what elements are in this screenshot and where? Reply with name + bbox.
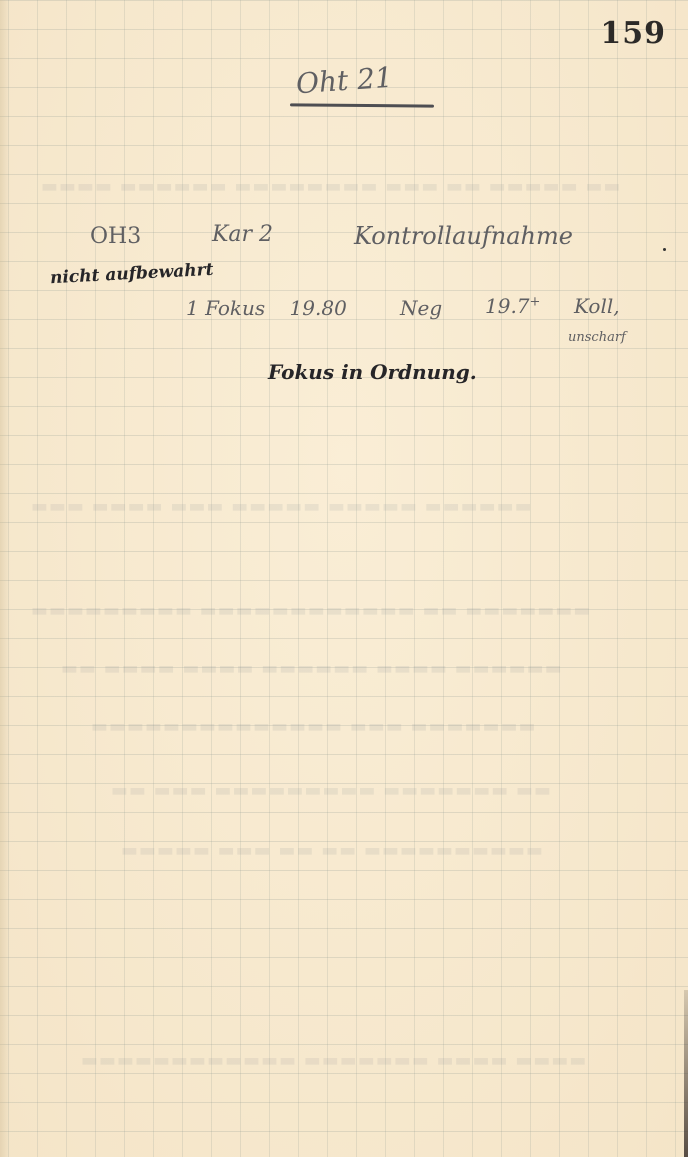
detail-neg-value: 19.7+ bbox=[485, 294, 540, 318]
entry-box: Kar 2 bbox=[212, 222, 273, 247]
margin-note: nicht aufbewahrt bbox=[50, 260, 214, 289]
entry-conclusion: Fokus in Ordnung. bbox=[268, 360, 477, 384]
detail-neg-label: Neg bbox=[400, 296, 442, 320]
heading-underline bbox=[290, 103, 434, 107]
page-edge-shadow bbox=[684, 990, 688, 1157]
bleed-through-text: ▬▬ ▬▬▬▬▬▬▬ ▬▬▬▬▬▬▬▬▬ ▬▬▬ ▬▬ bbox=[110, 780, 551, 801]
detail-sub-note: unscharf bbox=[568, 330, 626, 345]
detail-neg-sup: + bbox=[530, 294, 541, 309]
notebook-page: ▬▬ ▬▬▬▬▬ ▬▬ ▬▬▬ ▬▬▬▬▬▬▬▬ ▬▬▬▬▬▬ ▬▬▬▬ ▬▬▬… bbox=[0, 0, 688, 1157]
bleed-through-text: ▬▬▬▬▬▬ ▬▬▬▬▬ ▬▬▬▬▬ ▬▬▬ ▬▬▬▬ ▬▬▬ bbox=[30, 496, 532, 517]
bleed-through-text: ▬▬▬▬▬▬ ▬▬▬▬ ▬▬▬▬▬▬ ▬▬▬▬ ▬▬▬▬ ▬▬ bbox=[60, 658, 562, 679]
detail-focus-value: 19.80 bbox=[290, 296, 347, 320]
page-number: 159 bbox=[600, 16, 666, 51]
bleed-through-text: ▬▬▬▬▬▬▬▬▬▬ ▬▬ ▬▬ ▬▬▬ ▬▬▬▬▬ bbox=[120, 840, 543, 861]
entry-code: OH3 bbox=[90, 224, 141, 249]
bleed-through-text: ▬▬▬▬▬▬▬ ▬▬▬ ▬▬▬▬▬▬▬▬▬▬▬▬▬▬ bbox=[90, 716, 536, 737]
detail-neg-number: 19.7 bbox=[485, 294, 530, 318]
bleed-through-text: ▬▬▬▬ ▬▬▬▬ ▬▬▬▬▬▬▬ ▬▬▬▬▬▬▬▬▬▬▬▬ bbox=[80, 1050, 586, 1071]
ink-dot bbox=[663, 248, 666, 251]
entry-heading: Oht 21 bbox=[295, 61, 394, 101]
entry-title: Kontrollaufnahme bbox=[354, 222, 573, 250]
detail-koll: Koll, bbox=[574, 294, 620, 318]
detail-focus: 1 Fokus 19.80 bbox=[186, 296, 347, 320]
detail-focus-label: 1 Fokus bbox=[186, 296, 265, 320]
bleed-through-text: ▬▬▬▬▬▬▬ ▬▬ ▬▬▬▬▬▬▬▬▬▬▬▬ ▬▬▬▬▬▬▬▬▬ bbox=[30, 600, 590, 621]
bleed-through-text: ▬▬ ▬▬▬▬▬ ▬▬ ▬▬▬ ▬▬▬▬▬▬▬▬ ▬▬▬▬▬▬ ▬▬▬▬ bbox=[40, 176, 621, 197]
